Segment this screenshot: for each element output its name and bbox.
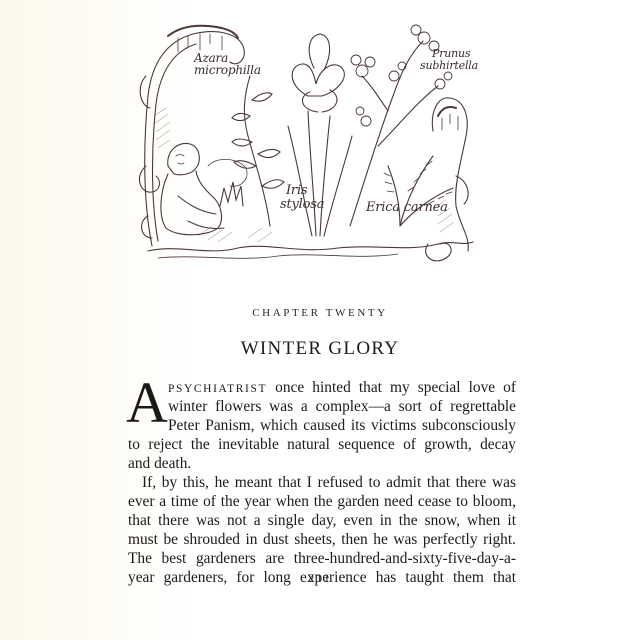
drop-cap: A <box>126 378 168 428</box>
text-line: and death. <box>128 454 516 473</box>
page-number: 211 <box>0 571 640 586</box>
chapter-label: CHAPTER TWENTY <box>0 307 640 319</box>
text-line: winter flowers was a complex—a sort of r… <box>128 397 516 416</box>
label-iris: Iris stylosa <box>280 184 324 212</box>
chapter-title: WINTER GLORY <box>0 338 640 360</box>
book-page: Azara microphilla Prunus subhirtella Iri… <box>0 0 640 640</box>
text-line: PSYCHIATRIST once hinted that my special… <box>128 378 516 397</box>
text-line: that there was not a single day, even in… <box>128 511 516 530</box>
label-azara: Azara microphilla <box>182 52 261 76</box>
text-line: If, by this, he meant that I refused to … <box>128 473 516 492</box>
text-line: Peter Panism, which caused its victims s… <box>128 416 516 435</box>
text-line: The best gardeners are three-hundred-and… <box>128 549 516 568</box>
text-line: to reject the inevitable natural sequenc… <box>128 435 516 454</box>
text-line: ever a time of the year when the garden … <box>128 492 516 511</box>
label-erica: Erica carnea <box>366 202 448 214</box>
text-line: must be shrouded in dust sheets, then he… <box>128 530 516 549</box>
opening-smallcaps: PSYCHIATRIST <box>168 383 267 395</box>
body-text: A PSYCHIATRIST once hinted that my speci… <box>128 378 516 587</box>
botanical-illustration: Azara microphilla Prunus subhirtella Iri… <box>138 16 478 266</box>
label-prunus: Prunus subhirtella <box>420 48 478 72</box>
